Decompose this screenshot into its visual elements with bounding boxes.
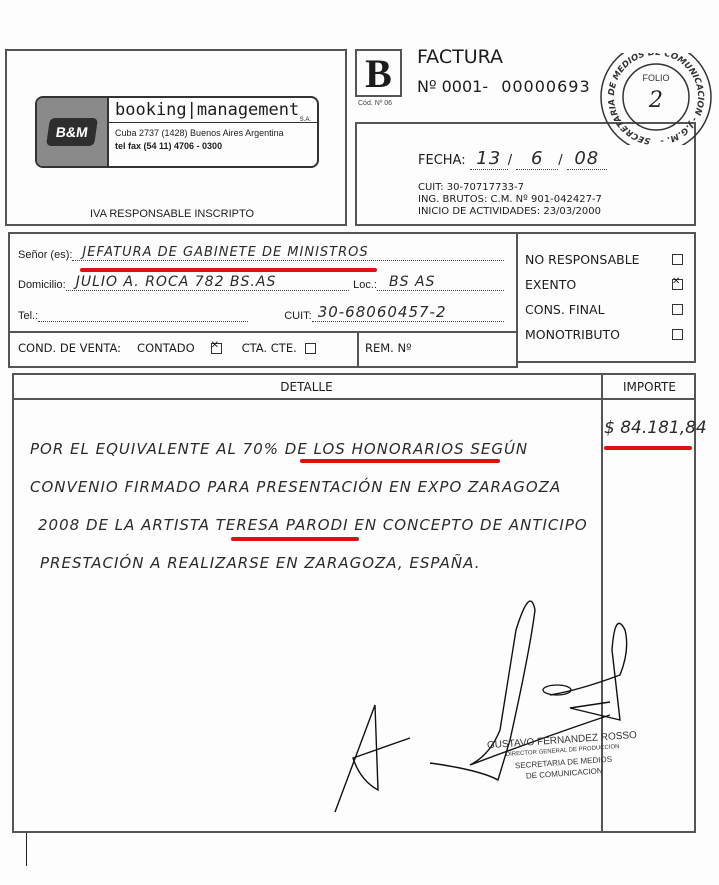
stamp-folio-value: 2 bbox=[648, 88, 663, 113]
iva-option-label: EXENTO bbox=[525, 277, 576, 302]
rem-divider bbox=[357, 331, 359, 368]
client-name-label: Señor (es): bbox=[18, 249, 72, 261]
date-row: FECHA: 13/ 6/ 08 bbox=[418, 148, 607, 170]
folio-stamp: SECRETARIA DE MEDIOS DE COMUNICACION - J… bbox=[594, 53, 718, 145]
issuer-start-date: INICIO DE ACTIVIDADES: 23/03/2000 bbox=[418, 206, 602, 218]
client-name-row: Señor (es): JEFATURA DE GABINETE DE MINI… bbox=[18, 245, 504, 261]
signature bbox=[330, 590, 650, 820]
highlight-amount bbox=[604, 446, 692, 450]
highlight-honorarios bbox=[300, 459, 500, 463]
iva-option-label: NO RESPONSABLE bbox=[525, 252, 640, 277]
stamp-label: FOLIO bbox=[642, 73, 669, 83]
sale-conditions-label: COND. DE VENTA: bbox=[18, 341, 121, 355]
invoice-title: FACTURA bbox=[417, 46, 503, 68]
issuer-tax-condition: IVA RESPONSABLE INSCRIPTO bbox=[90, 208, 254, 220]
iva-option-no-responsable: NO RESPONSABLE bbox=[525, 252, 683, 277]
invoice-number-prefix: Nº 0001- bbox=[417, 77, 488, 96]
amount-header: IMPORTE bbox=[603, 380, 696, 394]
invoice-letter: B bbox=[365, 50, 392, 97]
client-cuit-label: CUIT: bbox=[284, 310, 312, 322]
detail-header-divider bbox=[12, 398, 696, 400]
client-address-row: Domicilio: JULIO A. ROCA 782 BS.AS Loc.:… bbox=[18, 274, 504, 291]
sale-option-contado-checkbox[interactable] bbox=[211, 343, 222, 354]
detail-text: POR EL EQUIVALENTE AL 70% DE LOS HONORAR… bbox=[30, 430, 588, 582]
date-day: 13 bbox=[470, 148, 508, 170]
iva-exento-checkbox[interactable] bbox=[672, 279, 683, 290]
client-loc: BS AS bbox=[377, 274, 504, 291]
detail-line: CONVENIO FIRMADO PARA PRESENTACIÓN EN EX… bbox=[30, 468, 588, 506]
client-tel-label: Tel.: bbox=[18, 310, 38, 322]
iva-no-responsable-checkbox[interactable] bbox=[672, 254, 683, 265]
highlight-artist-name bbox=[231, 537, 359, 541]
logo-badge: B&M bbox=[46, 118, 98, 146]
client-address-label: Domicilio: bbox=[18, 279, 66, 291]
iva-option-cons-final: CONS. FINAL bbox=[525, 302, 683, 327]
rem-number-row: REM. Nº bbox=[365, 341, 412, 355]
detail-line: PRESTACIÓN A REALIZARSE EN ZARAGOZA, ESP… bbox=[30, 544, 588, 582]
date-label: FECHA: bbox=[418, 153, 466, 168]
client-divider bbox=[8, 331, 518, 333]
highlight-client-name bbox=[80, 268, 377, 272]
amount-value: $ 84.181,84 bbox=[604, 418, 707, 438]
iva-cons-final-checkbox[interactable] bbox=[672, 304, 683, 315]
detail-header: DETALLE bbox=[12, 380, 601, 394]
sale-option-cta-cte-checkbox[interactable] bbox=[305, 343, 316, 354]
issuer-cuit: CUIT: 30-70717733-7 bbox=[418, 182, 602, 194]
issuer-phone: tel fax (54 11) 4706 - 0300 bbox=[115, 140, 311, 153]
issuer-ing-brutos: ING. BRUTOS: C.M. Nº 901-042427-7 bbox=[418, 194, 602, 206]
sale-option-cta-cte-label: CTA. CTE. bbox=[242, 341, 297, 355]
client-tel bbox=[38, 321, 248, 322]
iva-option-label: CONS. FINAL bbox=[525, 302, 605, 327]
invoice-number: 00000693 bbox=[501, 77, 590, 96]
client-loc-label: Loc.: bbox=[353, 279, 377, 291]
iva-monotributo-checkbox[interactable] bbox=[672, 329, 683, 340]
logo-suffix: S.A. bbox=[300, 117, 311, 123]
iva-options: NO RESPONSABLE EXENTO CONS. FINAL MONOTR… bbox=[525, 252, 683, 352]
invoice-number-row: Nº 0001- 00000693 bbox=[417, 77, 591, 96]
rem-number-label: REM. Nº bbox=[365, 341, 412, 355]
logo-name: booking|management bbox=[115, 100, 299, 120]
footer-left-line bbox=[26, 833, 27, 866]
client-name: JEFATURA DE GABINETE DE MINISTROS bbox=[72, 245, 504, 261]
date-month: 6 bbox=[516, 148, 558, 170]
issuer-address: Cuba 2737 (1428) Buenos Aires Argentina bbox=[115, 127, 311, 140]
client-cuit: 30-68060457-2 bbox=[312, 303, 504, 322]
invoice-code: Cód. Nº 06 bbox=[358, 100, 392, 107]
client-tel-row: Tel.: CUIT: 30-68060457-2 bbox=[18, 303, 504, 322]
date-year: 08 bbox=[567, 148, 607, 170]
sale-option-contado-label: CONTADO bbox=[137, 341, 195, 355]
company-logo: B&M booking|managementS.A. Cuba 2737 (14… bbox=[35, 96, 319, 168]
invoice-letter-box: B bbox=[355, 49, 402, 97]
tax-ids: CUIT: 30-70717733-7 ING. BRUTOS: C.M. Nº… bbox=[418, 182, 602, 218]
iva-option-monotributo: MONOTRIBUTO bbox=[525, 327, 683, 352]
iva-option-label: MONOTRIBUTO bbox=[525, 327, 620, 352]
client-address: JULIO A. ROCA 782 BS.AS bbox=[66, 274, 349, 291]
iva-option-exento: EXENTO bbox=[525, 277, 683, 302]
sale-conditions-row: COND. DE VENTA: CONTADO CTA. CTE. bbox=[18, 341, 316, 355]
